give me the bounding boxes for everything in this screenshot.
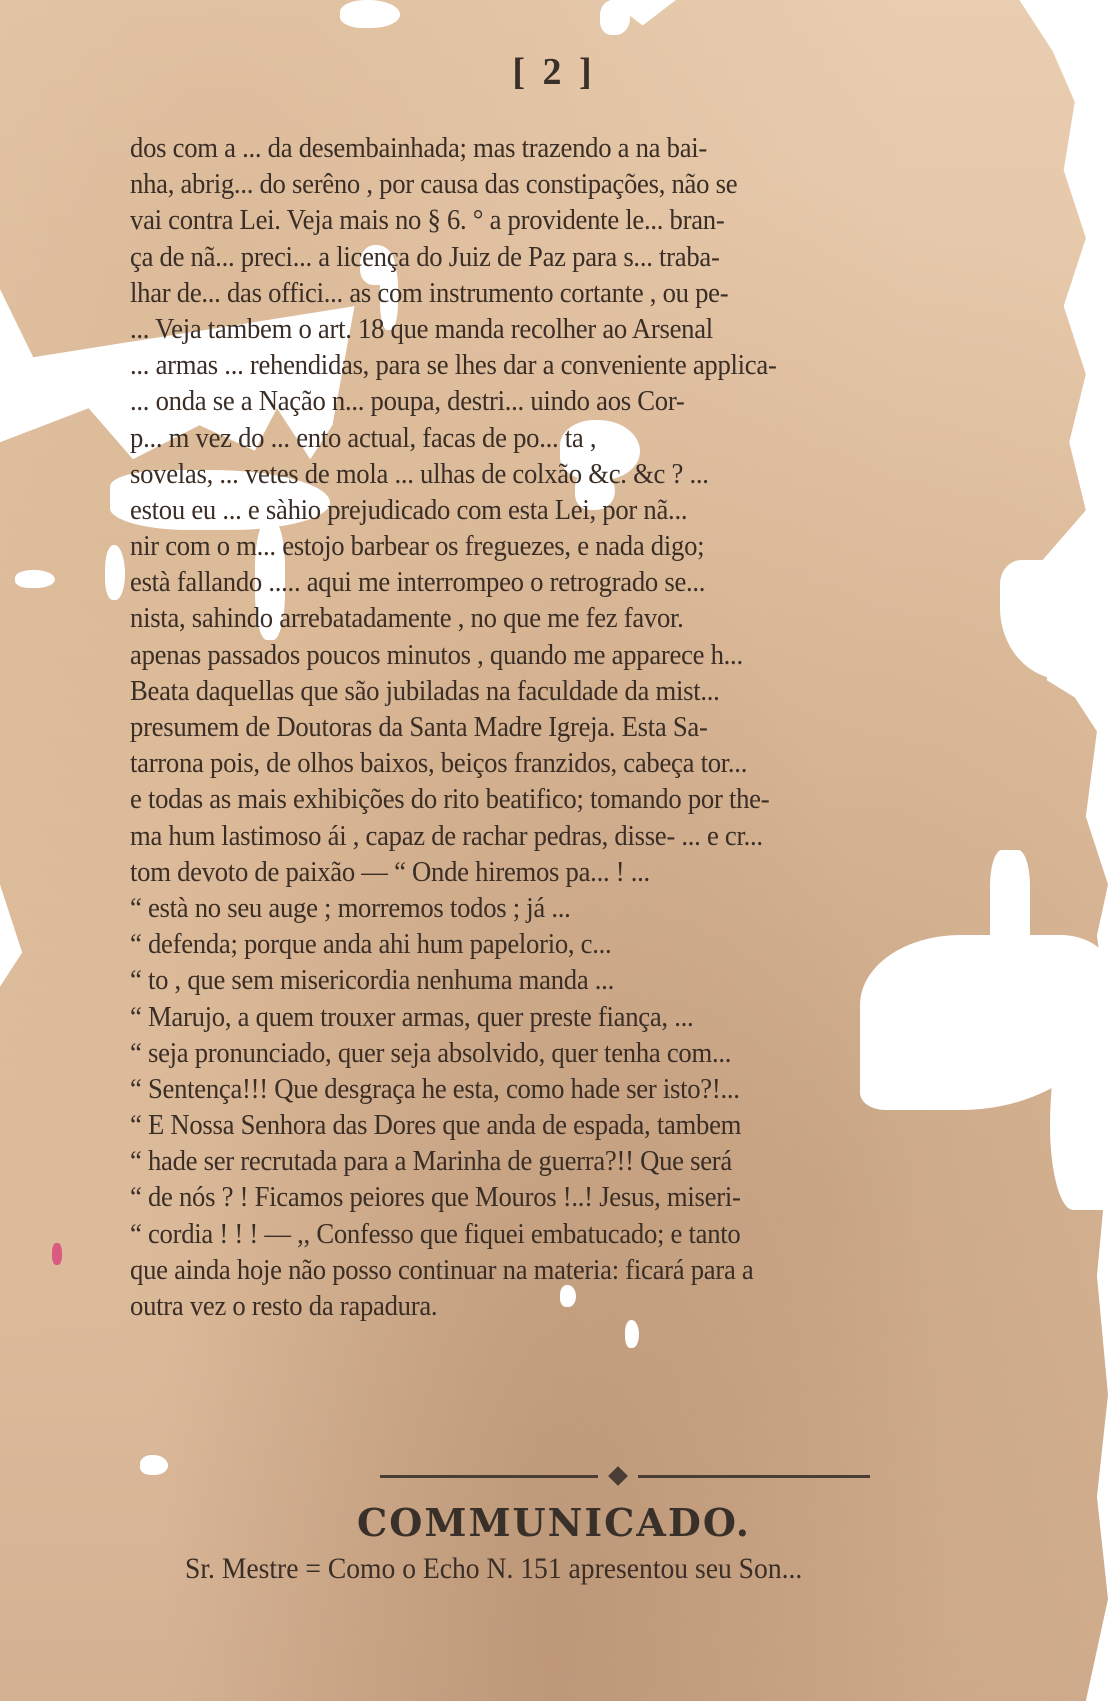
text-line: “ cordia ! ! ! — ,, Confesso que fiquei … <box>130 1216 1013 1252</box>
section-heading: COMMUNICADO. <box>0 1500 1108 1545</box>
text-line: apenas passados poucos minutos , quando … <box>130 637 1013 673</box>
text-line: que ainda hoje não posso continuar na ma… <box>130 1252 1013 1288</box>
text-line: “ hade ser recrutada para a Marinha de g… <box>130 1143 1013 1179</box>
text-line: “ E Nossa Senhora das Dores que anda de … <box>130 1107 1013 1143</box>
text-line: vai contra Lei. Veja mais no § 6. ° a pr… <box>130 202 1013 238</box>
section-first-line: Sr. Mestre = Como o Echo N. 151 apresent… <box>185 1552 1031 1586</box>
text-line: nista, sahindo arrebatadamente , no que … <box>130 600 1013 636</box>
text-line: e todas as mais exhibições do rito beati… <box>130 781 1013 817</box>
text-line: outra vez o resto da rapadura. <box>130 1288 1013 1324</box>
text-line: tarrona pois, de olhos baixos, beiços fr… <box>130 745 1013 781</box>
text-line: ... Veja tambem o art. 18 que manda reco… <box>130 311 1013 347</box>
text-line: “ Sentença!!! Que desgraça he esta, como… <box>130 1071 1013 1107</box>
text-line: ... armas ... rehendidas, para se lhes d… <box>130 347 1013 383</box>
text-line: ... onda se a Nação n... poupa, destri..… <box>130 383 1013 419</box>
text-line: “ defenda; porque anda ahi hum papelorio… <box>130 926 1013 962</box>
text-line: “ Marujo, a quem trouxer armas, quer pre… <box>130 999 1013 1035</box>
text-line: dos com a ... da desembainhada; mas traz… <box>130 130 1013 166</box>
text-line: lhar de... das offici... as com instrume… <box>130 275 1013 311</box>
text-line: sovelas, ... vetes de mola ... ulhas de … <box>130 456 1013 492</box>
section-divider-ornament <box>380 1466 870 1486</box>
text-line: estou eu ... e sàhio prejudicado com est… <box>130 492 1013 528</box>
newspaper-page: [ 2 ] dos com a ... da desembainhada; ma… <box>0 0 1108 1701</box>
text-line: “ to , que sem misericordia nenhuma mand… <box>130 962 1013 998</box>
text-line: p... m vez do ... ento actual, facas de … <box>130 420 1013 456</box>
text-line: nha, abrig... do serêno , por causa das … <box>130 166 1013 202</box>
text-line: està fallando ..... aqui me interrompeo … <box>130 564 1013 600</box>
text-line: “ seja pronunciado, quer seja absolvido,… <box>130 1035 1013 1071</box>
text-line: “ està no seu auge ; morremos todos ; já… <box>130 890 1013 926</box>
article-body: dos com a ... da desembainhada; mas traz… <box>130 130 1090 1324</box>
text-line: nir com o m... estojo barbear os freguez… <box>130 528 1013 564</box>
text-line: ma hum lastimoso ái , capaz de rachar pe… <box>130 818 1013 854</box>
page-number: [ 2 ] <box>0 50 1108 94</box>
text-line: presumem de Doutoras da Santa Madre Igre… <box>130 709 1013 745</box>
text-line: ça de nã... preci... a licença do Juiz d… <box>130 239 1013 275</box>
text-line: Beata daquellas que são jubiladas na fac… <box>130 673 1013 709</box>
text-line: tom devoto de paixão — “ Onde hiremos pa… <box>130 854 1013 890</box>
text-line: “ de nós ? ! Ficamos peiores que Mouros … <box>130 1179 1013 1215</box>
